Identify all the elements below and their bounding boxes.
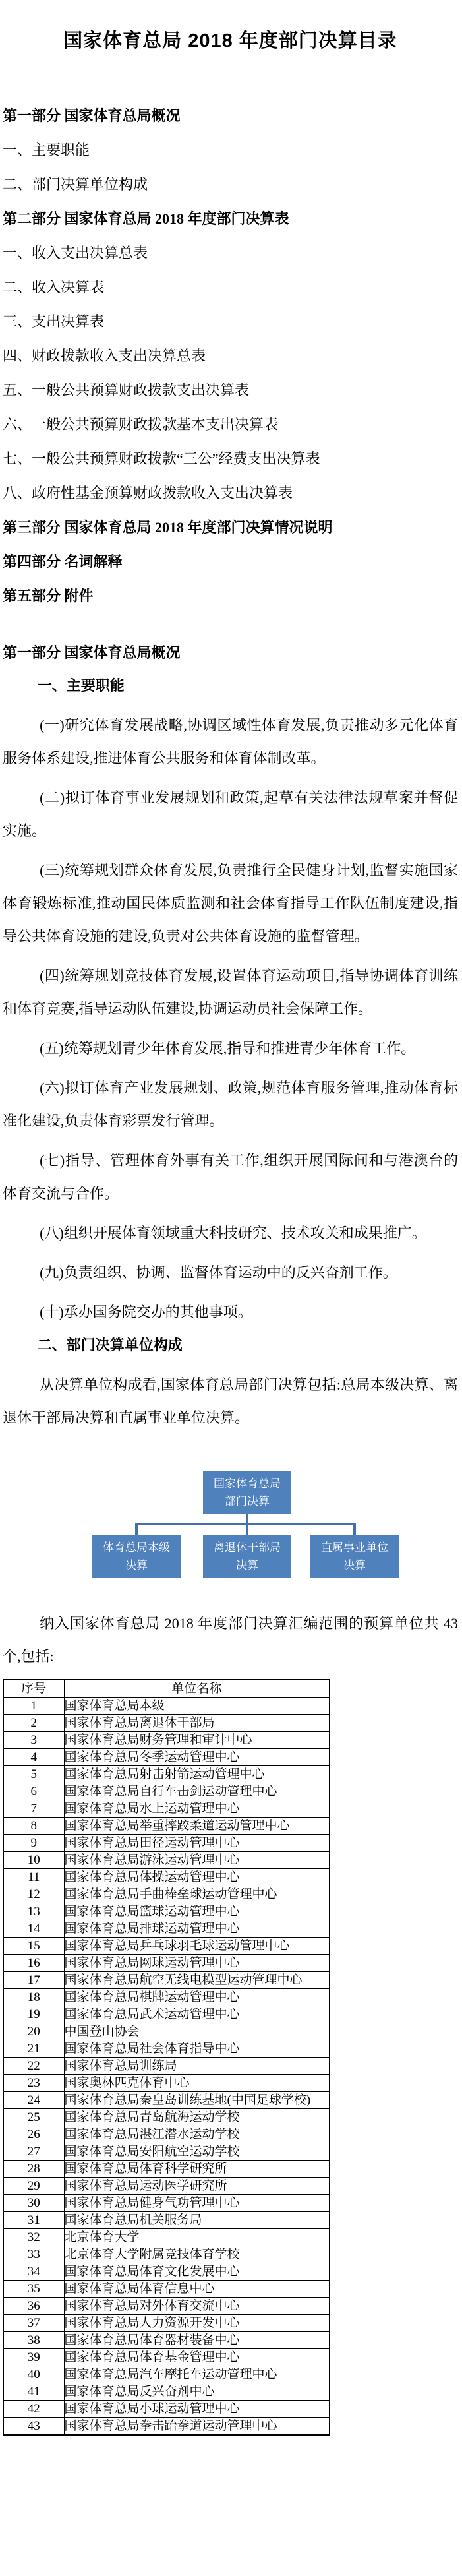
unit-table-row: 32北京体育大学 <box>3 2229 330 2246</box>
section1-heading: 第一部分 国家体育总局概况 <box>3 636 458 669</box>
unit-table-row: 12国家体育总局手曲棒垒球运动管理中心 <box>3 1886 330 1903</box>
org-connector-child1-stub <box>135 1524 138 1535</box>
unit-row-name: 国家体育总局体育基金管理中心 <box>64 2349 330 2366</box>
org-child3-line2: 决算 <box>343 1556 366 1574</box>
function-paragraph: (四)统筹规划竞技体育发展,设置体育运动项目,指导协调体育训练和体育竞赛,指导运… <box>3 960 458 1026</box>
unit-row-index: 31 <box>3 2212 64 2229</box>
unit-row-name: 国家体育总局武术运动管理中心 <box>64 2006 330 2023</box>
composition-heading: 二、部门决算单位构成 <box>3 1329 458 1362</box>
unit-table-row: 43国家体育总局拳击跆拳道运动管理中心 <box>3 2418 330 2436</box>
toc-item-line: 七、一般公共预算财政拨款“三公”经费支出决算表 <box>3 442 458 476</box>
unit-table-row: 38国家体育总局体育器材装备中心 <box>3 2332 330 2349</box>
unit-table-section: 纳入国家体育总局 2018 年度部门决算汇编范围的预算单位共 43 个,包括: … <box>3 1607 458 2436</box>
unit-row-name: 国家体育总局篮球运动管理中心 <box>64 1903 330 1920</box>
unit-row-index: 41 <box>3 2383 64 2401</box>
unit-row-name: 国家体育总局本级 <box>64 1698 330 1715</box>
org-box-child-2: 离退休干部局 决算 <box>203 1535 291 1578</box>
unit-row-name: 国家体育总局机关服务局 <box>64 2212 330 2229</box>
unit-row-name: 国家体育总局体育信息中心 <box>64 2281 330 2298</box>
unit-table-row: 41国家体育总局反兴奋剂中心 <box>3 2383 330 2401</box>
unit-table-row: 6国家体育总局自行车击剑运动管理中心 <box>3 1783 330 1800</box>
unit-row-name: 国家体育总局秦皇岛训练基地(中国足球学校) <box>64 2092 330 2109</box>
unit-row-index: 42 <box>3 2401 64 2418</box>
unit-row-index: 35 <box>3 2281 64 2298</box>
unit-row-name: 国家体育总局运动医学研究所 <box>64 2178 330 2195</box>
unit-row-index: 20 <box>3 2023 64 2040</box>
unit-row-name: 国家体育总局棋牌运动管理中心 <box>64 1989 330 2006</box>
unit-table-row: 29国家体育总局运动医学研究所 <box>3 2178 330 2195</box>
org-box-root: 国家体育总局 部门决算 <box>203 1471 291 1514</box>
unit-table-row: 4国家体育总局冬季运动管理中心 <box>3 1749 330 1766</box>
unit-table-row: 26国家体育总局湛江潜水运动学校 <box>3 2126 330 2143</box>
unit-row-name: 国家体育总局体育科学研究所 <box>64 2161 330 2178</box>
unit-row-index: 7 <box>3 1800 64 1818</box>
unit-table-row: 18国家体育总局棋牌运动管理中心 <box>3 1989 330 2006</box>
unit-row-index: 32 <box>3 2229 64 2246</box>
org-chart: 国家体育总局 部门决算 体育总局本级 决算 离退休干部局 决算 直属事业单位 决… <box>3 1471 458 1578</box>
unit-row-name: 国家体育总局体操运动管理中心 <box>64 1869 330 1886</box>
unit-row-index: 36 <box>3 2298 64 2315</box>
toc-part-line: 第三部分 国家体育总局 2018 年度部门决算情况说明 <box>3 510 458 545</box>
org-child1-line2: 决算 <box>125 1556 148 1574</box>
unit-row-index: 34 <box>3 2263 64 2281</box>
unit-row-name: 国家体育总局自行车击剑运动管理中心 <box>64 1783 330 1800</box>
unit-row-name: 国家体育总局离退休干部局 <box>64 1715 330 1732</box>
toc-item-line: 四、财政拨款收入支出决算总表 <box>3 339 458 373</box>
unit-table-row: 33北京体育大学附属竞技体育学校 <box>3 2246 330 2263</box>
org-child1-line1: 体育总局本级 <box>103 1539 170 1556</box>
function-paragraph: (七)指导、管理体育外事有关工作,组织开展国际间和与港澳台的体育交流与合作。 <box>3 1144 458 1210</box>
unit-row-index: 25 <box>3 2109 64 2126</box>
document-title: 国家体育总局 2018 年度部门决算目录 <box>3 29 458 53</box>
toc-item-line: 八、政府性基金预算财政拨款收入支出决算表 <box>3 476 458 510</box>
unit-row-name: 国家体育总局青岛航海运动学校 <box>64 2109 330 2126</box>
function-paragraph: (一)研究体育发展战略,协调区域性体育发展,负责推动多元化体育服务体系建设,推进… <box>3 709 458 775</box>
unit-row-name: 国家体育总局人力资源开发中心 <box>64 2315 330 2332</box>
unit-table-row: 37国家体育总局人力资源开发中心 <box>3 2315 330 2332</box>
toc-item-line: 一、主要职能 <box>3 133 458 168</box>
org-root-line1: 国家体育总局 <box>214 1475 281 1492</box>
unit-row-name: 国家体育总局乒乓球羽毛球运动管理中心 <box>64 1938 330 1955</box>
org-box-child-1: 体育总局本级 决算 <box>92 1535 181 1578</box>
function-paragraph: (五)统筹规划青少年体育发展,指导和推进青少年体育工作。 <box>3 1032 458 1065</box>
unit-row-name: 国家体育总局航空无线电模型运动管理中心 <box>64 1972 330 1989</box>
unit-row-index: 10 <box>3 1852 64 1869</box>
unit-row-name: 国家体育总局对外体育交流中心 <box>64 2298 330 2315</box>
unit-table-row: 3国家体育总局财务管理和审计中心 <box>3 1732 330 1749</box>
unit-row-name: 国家体育总局体育器材装备中心 <box>64 2332 330 2349</box>
unit-table-row: 5国家体育总局射击射箭运动管理中心 <box>3 1766 330 1783</box>
unit-row-index: 14 <box>3 1920 64 1938</box>
unit-row-name: 国家体育总局冬季运动管理中心 <box>64 1749 330 1766</box>
unit-row-index: 5 <box>3 1766 64 1783</box>
unit-row-name: 国家体育总局拳击跆拳道运动管理中心 <box>64 2418 330 2436</box>
unit-row-name: 国家体育总局体育文化发展中心 <box>64 2263 330 2281</box>
unit-table-row: 36国家体育总局对外体育交流中心 <box>3 2298 330 2315</box>
unit-row-name: 国家体育总局安阳航空运动学校 <box>64 2143 330 2161</box>
composition-intro: 从决算单位构成看,国家体育总局部门决算包括:总局本级决算、离退休干部局决算和直属… <box>3 1368 458 1434</box>
unit-row-name: 北京体育大学 <box>64 2229 330 2246</box>
unit-row-index: 11 <box>3 1869 64 1886</box>
org-child2-line1: 离退休干部局 <box>214 1539 281 1556</box>
unit-table-row: 27国家体育总局安阳航空运动学校 <box>3 2143 330 2161</box>
function-paragraph: (六)拟订体育产业发展规划、政策,规范体育服务管理,推动体育标准化建设,负责体育… <box>3 1072 458 1138</box>
unit-table-row: 15国家体育总局乒乓球羽毛球运动管理中心 <box>3 1938 330 1955</box>
unit-row-index: 9 <box>3 1835 64 1852</box>
toc-item-line: 二、收入决算表 <box>3 270 458 305</box>
function-paragraph: (八)组织开展体育领域重大科技研究、技术攻关和成果推广。 <box>3 1217 458 1250</box>
unit-table-row: 30国家体育总局健身气功管理中心 <box>3 2195 330 2212</box>
unit-row-index: 12 <box>3 1886 64 1903</box>
unit-table-row: 19国家体育总局武术运动管理中心 <box>3 2006 330 2023</box>
unit-table: 序号 单位名称 1国家体育总局本级2国家体育总局离退休干部局3国家体育总局财务管… <box>3 1679 330 2436</box>
unit-table-row: 28国家体育总局体育科学研究所 <box>3 2161 330 2178</box>
toc-item-line: 一、收入支出决算总表 <box>3 236 458 270</box>
unit-table-row: 10国家体育总局游泳运动管理中心 <box>3 1852 330 1869</box>
functions-heading: 一、主要职能 <box>3 669 458 702</box>
unit-row-name: 国家体育总局水上运动管理中心 <box>64 1800 330 1818</box>
unit-table-row: 20中国登山协会 <box>3 2023 330 2040</box>
table-of-contents: 第一部分 国家体育总局概况一、主要职能二、部门决算单位构成第二部分 国家体育总局… <box>3 99 458 613</box>
unit-row-index: 16 <box>3 1955 64 1972</box>
unit-table-intro: 纳入国家体育总局 2018 年度部门决算汇编范围的预算单位共 43 个,包括: <box>3 1607 458 1673</box>
unit-table-row: 14国家体育总局排球运动管理中心 <box>3 1920 330 1938</box>
unit-row-index: 37 <box>3 2315 64 2332</box>
unit-row-index: 22 <box>3 2058 64 2075</box>
unit-row-index: 24 <box>3 2092 64 2109</box>
unit-table-row: 21国家体育总局社会体育指导中心 <box>3 2040 330 2058</box>
unit-table-row: 24国家体育总局秦皇岛训练基地(中国足球学校) <box>3 2092 330 2109</box>
unit-row-name: 国家体育总局射击射箭运动管理中心 <box>64 1766 330 1783</box>
function-paragraph: (十)承办国务院交办的其他事项。 <box>3 1296 458 1329</box>
function-paragraph: (二)拟订体育事业发展规划和政策,起草有关法律法规草案并督促实施。 <box>3 782 458 847</box>
unit-row-index: 17 <box>3 1972 64 1989</box>
unit-row-index: 21 <box>3 2040 64 2058</box>
toc-item-line: 三、支出决算表 <box>3 305 458 339</box>
org-child2-line2: 决算 <box>236 1556 258 1574</box>
unit-row-index: 23 <box>3 2075 64 2092</box>
org-connector-child2-stub <box>246 1524 248 1535</box>
unit-row-name: 国家体育总局举重摔跤柔道运动管理中心 <box>64 1818 330 1835</box>
unit-table-row: 42国家体育总局小球运动管理中心 <box>3 2401 330 2418</box>
unit-row-name: 国家体育总局网球运动管理中心 <box>64 1955 330 1972</box>
unit-row-index: 4 <box>3 1749 64 1766</box>
unit-table-header-name: 单位名称 <box>64 1680 330 1698</box>
function-paragraph: (三)统筹规划群众体育发展,负责推行全民健身计划,监督实施国家体育锻炼标准,推动… <box>3 854 458 953</box>
unit-row-name: 北京体育大学附属竞技体育学校 <box>64 2246 330 2263</box>
unit-row-name: 国家体育总局汽车摩托车运动管理中心 <box>64 2366 330 2383</box>
unit-row-index: 27 <box>3 2143 64 2161</box>
unit-table-row: 17国家体育总局航空无线电模型运动管理中心 <box>3 1972 330 1989</box>
unit-row-name: 中国登山协会 <box>64 2023 330 2040</box>
unit-row-index: 6 <box>3 1783 64 1800</box>
unit-row-index: 3 <box>3 1732 64 1749</box>
unit-row-index: 2 <box>3 1715 64 1732</box>
org-connector-child3-stub <box>353 1524 356 1535</box>
unit-row-index: 38 <box>3 2332 64 2349</box>
unit-row-index: 29 <box>3 2178 64 2195</box>
unit-row-index: 26 <box>3 2126 64 2143</box>
unit-table-row: 34国家体育总局体育文化发展中心 <box>3 2263 330 2281</box>
unit-row-name: 国家体育总局反兴奋剂中心 <box>64 2383 330 2401</box>
unit-row-name: 国家体育总局手曲棒垒球运动管理中心 <box>64 1886 330 1903</box>
unit-row-name: 国家体育总局训练局 <box>64 2058 330 2075</box>
unit-table-row: 35国家体育总局体育信息中心 <box>3 2281 330 2298</box>
unit-table-header-row: 序号 单位名称 <box>3 1680 330 1698</box>
unit-row-name: 国家体育总局游泳运动管理中心 <box>64 1852 330 1869</box>
unit-row-index: 40 <box>3 2366 64 2383</box>
org-box-child-3: 直属事业单位 决算 <box>310 1535 399 1578</box>
unit-table-row: 40国家体育总局汽车摩托车运动管理中心 <box>3 2366 330 2383</box>
unit-row-name: 国家体育总局小球运动管理中心 <box>64 2401 330 2418</box>
unit-row-name: 国家体育总局社会体育指导中心 <box>64 2040 330 2058</box>
unit-row-name: 国家体育总局排球运动管理中心 <box>64 1920 330 1938</box>
org-root-line2: 部门决算 <box>225 1492 270 1510</box>
unit-row-index: 8 <box>3 1818 64 1835</box>
unit-row-index: 28 <box>3 2161 64 2178</box>
unit-table-row: 8国家体育总局举重摔跤柔道运动管理中心 <box>3 1818 330 1835</box>
unit-row-name: 国家体育总局财务管理和审计中心 <box>64 1732 330 1749</box>
unit-row-index: 1 <box>3 1698 64 1715</box>
function-paragraph: (九)负责组织、协调、监督体育运动中的反兴奋剂工作。 <box>3 1256 458 1289</box>
toc-item-line: 六、一般公共预算财政拨款基本支出决算表 <box>3 408 458 442</box>
toc-part-line: 第一部分 国家体育总局概况 <box>3 99 458 133</box>
toc-part-line: 第二部分 国家体育总局 2018 年度部门决算表 <box>3 202 458 236</box>
document-page: 国家体育总局 2018 年度部门决算目录 第一部分 国家体育总局概况一、主要职能… <box>0 0 462 2576</box>
unit-table-header-index: 序号 <box>3 1680 64 1698</box>
unit-row-name: 国家体育总局湛江潜水运动学校 <box>64 2126 330 2143</box>
org-child3-line1: 直属事业单位 <box>321 1539 388 1556</box>
functions-paragraphs: (一)研究体育发展战略,协调区域性体育发展,负责推动多元化体育服务体系建设,推进… <box>3 709 458 1329</box>
unit-row-index: 43 <box>3 2418 64 2436</box>
unit-table-row: 9国家体育总局田径运动管理中心 <box>3 1835 330 1852</box>
unit-row-index: 18 <box>3 1989 64 2006</box>
unit-table-row: 31国家体育总局机关服务局 <box>3 2212 330 2229</box>
unit-table-row: 16国家体育总局网球运动管理中心 <box>3 1955 330 1972</box>
unit-row-name: 国家体育总局健身气功管理中心 <box>64 2195 330 2212</box>
unit-row-index: 13 <box>3 1903 64 1920</box>
unit-row-index: 30 <box>3 2195 64 2212</box>
unit-row-index: 15 <box>3 1938 64 1955</box>
unit-table-row: 22国家体育总局训练局 <box>3 2058 330 2075</box>
toc-part-line: 第四部分 名词解释 <box>3 545 458 579</box>
toc-item-line: 五、一般公共预算财政拨款支出决算表 <box>3 373 458 408</box>
unit-table-row: 7国家体育总局水上运动管理中心 <box>3 1800 330 1818</box>
unit-table-row: 11国家体育总局体操运动管理中心 <box>3 1869 330 1886</box>
unit-table-row: 39国家体育总局体育基金管理中心 <box>3 2349 330 2366</box>
unit-row-index: 39 <box>3 2349 64 2366</box>
toc-item-line: 二、部门决算单位构成 <box>3 168 458 202</box>
unit-table-row: 13国家体育总局篮球运动管理中心 <box>3 1903 330 1920</box>
unit-table-row: 2国家体育总局离退休干部局 <box>3 1715 330 1732</box>
unit-row-name: 国家奥林匹克体育中心 <box>64 2075 330 2092</box>
unit-row-index: 19 <box>3 2006 64 2023</box>
toc-part-line: 第五部分 附件 <box>3 579 458 613</box>
unit-table-row: 1国家体育总局本级 <box>3 1698 330 1715</box>
unit-table-row: 25国家体育总局青岛航海运动学校 <box>3 2109 330 2126</box>
unit-table-row: 23国家奥林匹克体育中心 <box>3 2075 330 2092</box>
unit-row-index: 33 <box>3 2246 64 2263</box>
unit-row-name: 国家体育总局田径运动管理中心 <box>64 1835 330 1852</box>
